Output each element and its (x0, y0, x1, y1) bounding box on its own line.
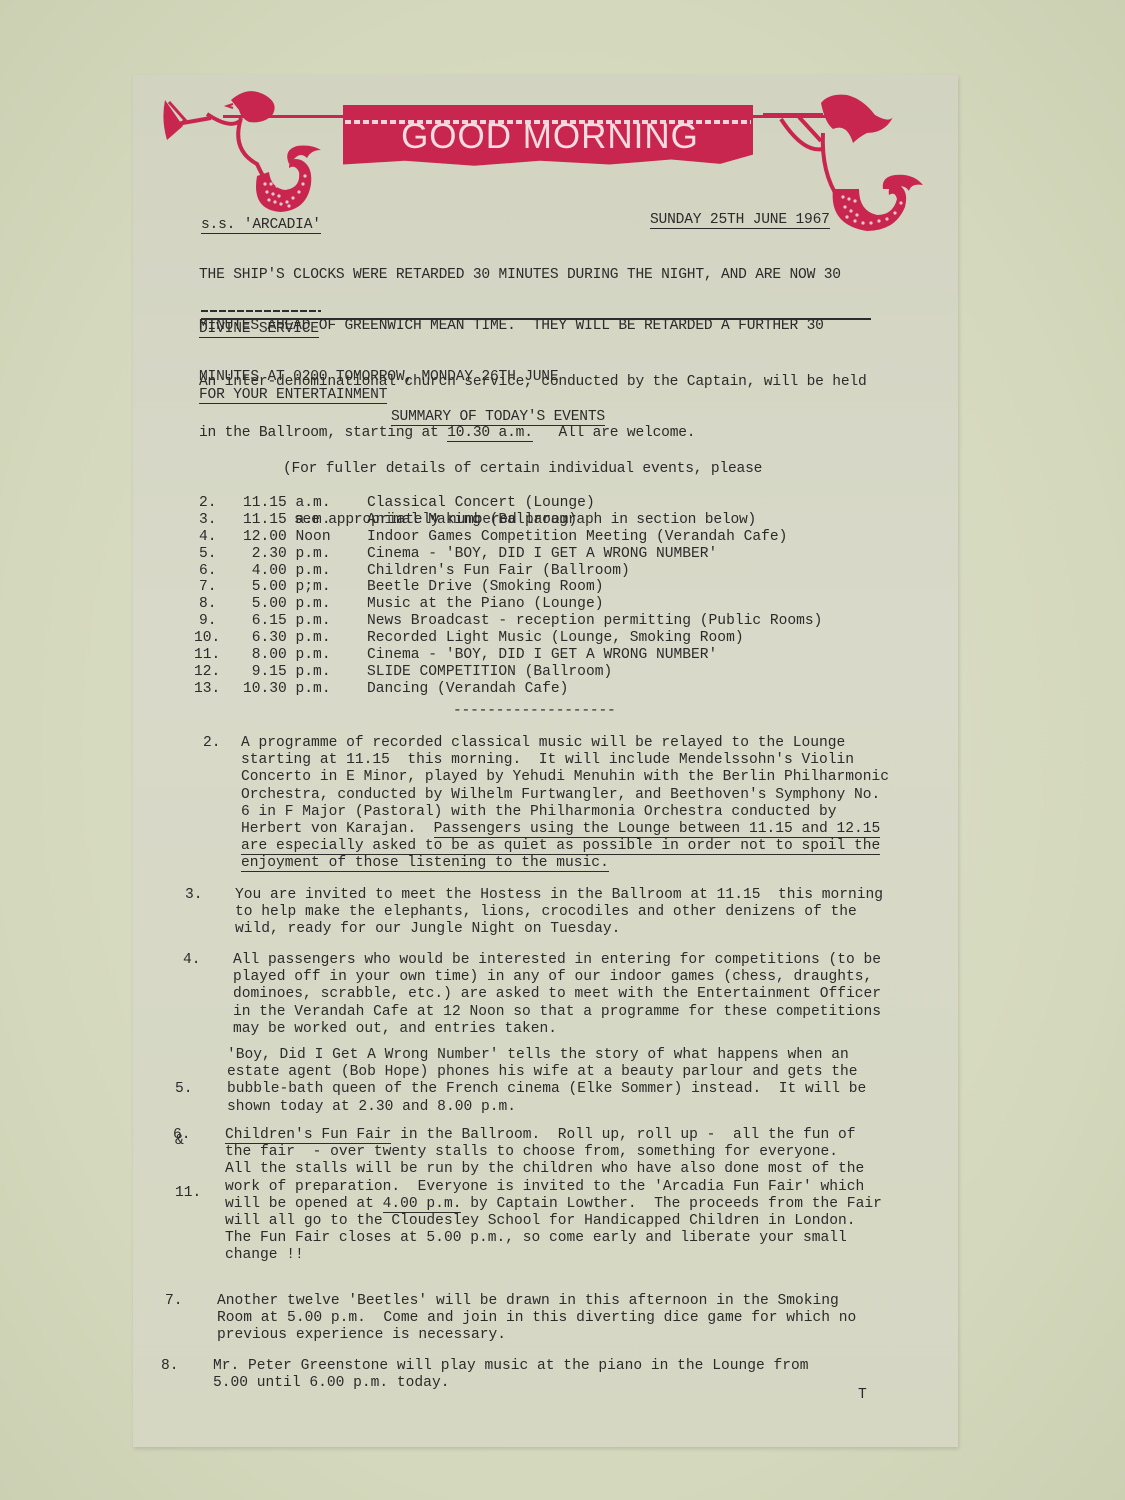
paragraph-line: in the Verandah Cafe at 12 Noon so that … (233, 1004, 881, 1021)
clock-notice-line: THE SHIP'S CLOCKS WERE RETARDED 30 MINUT… (199, 267, 841, 284)
schedule-event: Beetle Drive (Smoking Room) (367, 579, 603, 596)
schedule-num: 3. (199, 512, 239, 529)
mermaid-trumpeter-left-icon (161, 80, 361, 220)
paragraph-line: to help make the elephants, lions, croco… (235, 904, 883, 921)
entertainment-heading: FOR YOUR ENTERTAINMENT (199, 387, 387, 404)
entertainment-heading-text: FOR YOUR ENTERTAINMENT (199, 387, 387, 404)
footer-mark: T (858, 1387, 867, 1404)
text-run: in the Ballroom. Roll up, roll up - all … (391, 1127, 855, 1143)
paragraph-number: 3. (185, 887, 203, 904)
newsletter-page: GOOD MORNING (133, 75, 958, 1447)
schedule-time: 2.30 p.m. (243, 546, 353, 563)
emphasis-underlined: enjoyment of those listening to the musi… (241, 855, 609, 872)
schedule-event: Classical Concert (Lounge) (367, 495, 595, 512)
paragraph-number: 2. (203, 735, 221, 752)
schedule-time: 4.00 p.m. (243, 563, 353, 580)
paragraph-line: A programme of recorded classical music … (241, 735, 889, 752)
banner-title: GOOD MORNING (355, 117, 745, 157)
paragraph-line: All passengers who would be interested i… (233, 952, 881, 969)
ship-name: s.s. 'ARCADIA' (201, 217, 321, 234)
paragraph-number: 8. (161, 1358, 179, 1375)
schedule-time: 11.15 a.m. (243, 512, 353, 529)
emphasis-underlined: Children's Fun Fair (225, 1127, 391, 1144)
paragraph-body: All passengers who would be interested i… (233, 952, 881, 1038)
emphasis-underlined: 4.00 p.m. (383, 1196, 462, 1213)
divine-service-heading: DIVINE SERVICE (199, 321, 319, 338)
text-run: will be opened at (225, 1196, 383, 1212)
paragraph-line: enjoyment of those listening to the musi… (241, 855, 889, 872)
paragraph-body: A programme of recorded classical music … (241, 735, 889, 873)
paragraph-body: Children's Fun Fair in the Ballroom. Rol… (225, 1127, 882, 1265)
schedule-event: Cinema - 'BOY, DID I GET A WRONG NUMBER' (367, 647, 717, 664)
schedule-num: 12. (194, 664, 234, 681)
paragraph-body: Mr. Peter Greenstone will play music at … (213, 1358, 809, 1392)
number-part: 11. (175, 1185, 228, 1202)
emphasis-underlined: Passengers using the Lounge between 11.1… (434, 821, 881, 838)
paragraph-line: dominoes, scrabble, etc.) are asked to m… (233, 986, 881, 1003)
paragraph-line: previous experience is necessary. (217, 1327, 856, 1344)
paragraph-line: Concerto in E Minor, played by Yehudi Me… (241, 769, 889, 786)
schedule-time: 6.30 p.m. (243, 630, 353, 647)
paragraph-line: All the stalls will be run by the childr… (225, 1161, 882, 1178)
paragraph-line: Room at 5.00 p.m. Come and join in this … (217, 1310, 856, 1327)
schedule-time: 6.15 p.m. (243, 613, 353, 630)
paragraph-body: You are invited to meet the Hostess in t… (235, 887, 883, 939)
schedule-time: 12.00 Noon (243, 529, 353, 546)
section-separator: ------------------- (453, 703, 616, 720)
divider-rule (201, 318, 871, 320)
schedule-num: 6. (199, 563, 239, 580)
schedule-event: Children's Fun Fair (Ballroom) (367, 563, 630, 580)
summary-title: SUMMARY OF TODAY'S EVENTS (391, 409, 605, 426)
schedule-event: Animal Making (Ballroom) (367, 512, 577, 529)
schedule-time: 5.00 p;m. (243, 579, 353, 596)
schedule-event: Recorded Light Music (Lounge, Smoking Ro… (367, 630, 744, 647)
paragraph-body: 'Boy, Did I Get A Wrong Number' tells th… (227, 1047, 866, 1116)
paragraph-line: The Fun Fair closes at 5.00 p.m., so com… (225, 1230, 882, 1247)
schedule-num: 4. (199, 529, 239, 546)
paragraph-line: Orchestra, conducted by Wilhelm Furtwang… (241, 787, 889, 804)
paragraph-line: estate agent (Bob Hope) phones his wife … (227, 1064, 866, 1081)
text-run: by Captain Lowther. The proceeds from th… (461, 1196, 881, 1212)
schedule-time: 9.15 p.m. (243, 664, 353, 681)
schedule-num: 13. (194, 681, 234, 698)
schedule-time: 5.00 p.m. (243, 596, 353, 613)
divider-dashed (201, 310, 321, 312)
paragraph-line: 5.00 until 6.00 p.m. today. (213, 1375, 809, 1392)
paragraph-line: 6 in F Major (Pastoral) with the Philhar… (241, 804, 889, 821)
paragraph-line: bubble-bath queen of the French cinema (… (227, 1081, 866, 1098)
schedule-time: 11.15 a.m. (243, 495, 353, 512)
schedule-event: SLIDE COMPETITION (Ballroom) (367, 664, 612, 681)
schedule-num: 8. (199, 596, 239, 613)
schedule-num: 7. (199, 579, 239, 596)
paragraph-line: starting at 11.15 this morning. It will … (241, 752, 889, 769)
schedule-event: Music at the Piano (Lounge) (367, 596, 603, 613)
paragraph-line: 'Boy, Did I Get A Wrong Number' tells th… (227, 1047, 866, 1064)
issue-date: SUNDAY 25TH JUNE 1967 (650, 212, 830, 229)
paragraph-line: work of preparation. Everyone is invited… (225, 1179, 882, 1196)
paragraph-number: 4. (183, 952, 201, 969)
schedule-event: News Broadcast - reception permitting (P… (367, 613, 822, 630)
schedule-time: 10.30 p.m. (243, 681, 353, 698)
paragraph-line: change !! (225, 1247, 882, 1264)
paragraph-line: Another twelve 'Beetles' will be drawn i… (217, 1293, 856, 1310)
schedule-num: 5. (199, 546, 239, 563)
number-part: 5. (175, 1081, 228, 1098)
schedule-num: 2. (199, 495, 239, 512)
summary-title-text: SUMMARY OF TODAY'S EVENTS (391, 409, 605, 426)
schedule-event: Indoor Games Competition Meeting (Verand… (367, 529, 787, 546)
paragraph-line: are especially asked to be as quiet as p… (241, 838, 889, 855)
schedule-num: 10. (194, 630, 234, 647)
paragraph-line: will be opened at 4.00 p.m. by Captain L… (225, 1196, 882, 1213)
schedule-event: Cinema - 'BOY, DID I GET A WRONG NUMBER' (367, 546, 717, 563)
summary-note-line: (For fuller details of certain individua… (283, 461, 762, 478)
paragraph-line: the fair - over twenty stalls to choose … (225, 1144, 882, 1161)
paragraph-number: 7. (165, 1293, 183, 1310)
divine-service-heading-text: DIVINE SERVICE (199, 321, 319, 338)
paragraph-line: will all go to the Cloudesley School for… (225, 1213, 882, 1230)
emphasis-underlined: are especially asked to be as quiet as p… (241, 838, 880, 855)
ship-name-text: s.s. 'ARCADIA' (201, 217, 321, 234)
paragraph-line: may be worked out, and entries taken. (233, 1021, 881, 1038)
paragraph-line: You are invited to meet the Hostess in t… (235, 887, 883, 904)
schedule-event: Dancing (Verandah Cafe) (367, 681, 568, 698)
schedule-num: 11. (194, 647, 234, 664)
paragraph-line: wild, ready for our Jungle Night on Tues… (235, 921, 883, 938)
paragraph-line: played off in your own time) in any of o… (233, 969, 881, 986)
schedule-num: 9. (199, 613, 239, 630)
paragraph-line: Children's Fun Fair in the Ballroom. Rol… (225, 1127, 882, 1144)
paragraph-line: Mr. Peter Greenstone will play music at … (213, 1358, 809, 1375)
issue-date-text: SUNDAY 25TH JUNE 1967 (650, 212, 830, 229)
paragraph-body: Another twelve 'Beetles' will be drawn i… (217, 1293, 856, 1345)
paragraph-number: 6. (173, 1127, 191, 1144)
schedule-time: 8.00 p.m. (243, 647, 353, 664)
text-run: Herbert von Karajan. (241, 821, 434, 837)
paragraph-line: Herbert von Karajan. Passengers using th… (241, 821, 889, 838)
paragraph-line: shown today at 2.30 and 8.00 p.m. (227, 1099, 866, 1116)
